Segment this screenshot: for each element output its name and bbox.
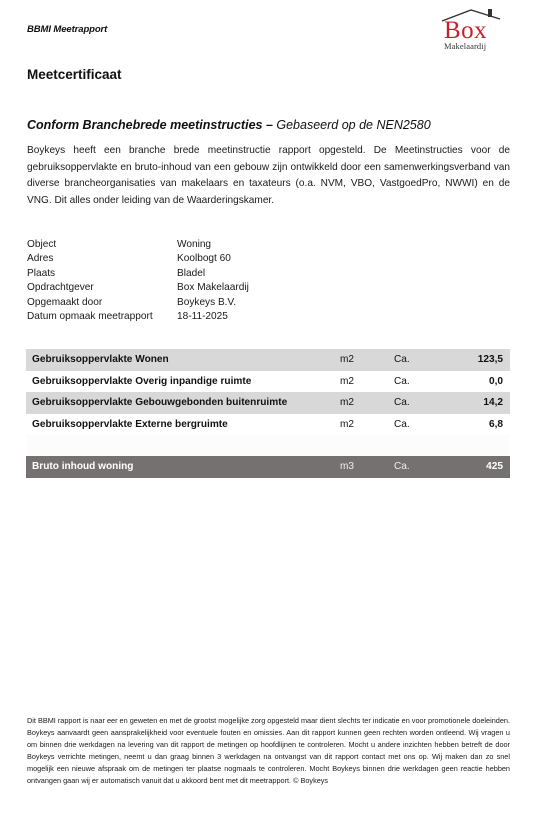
subtitle: Conform Branchebrede meetinstructies – G… bbox=[27, 118, 431, 132]
measure-label: Gebruiksoppervlakte Overig inpandige rui… bbox=[26, 376, 340, 387]
table-spacer bbox=[26, 435, 510, 456]
measure-label: Gebruiksoppervlakte Externe bergruimte bbox=[26, 419, 340, 430]
info-row-city: Plaats Bladel bbox=[27, 267, 249, 281]
info-key: Object bbox=[27, 238, 177, 252]
info-row-address: Adres Koolbogt 60 bbox=[27, 252, 249, 266]
subtitle-bold: Conform Branchebrede meetinstructies – bbox=[27, 118, 273, 132]
info-key: Opgemaakt door bbox=[27, 296, 177, 310]
measure-label: Gebruiksoppervlakte Wonen bbox=[26, 354, 340, 365]
measure-value: 14,2 bbox=[448, 397, 510, 408]
measurement-table: Gebruiksoppervlakte Wonen m2 Ca. 123,5 G… bbox=[26, 349, 510, 478]
page-title: Meetcertificaat bbox=[27, 67, 122, 82]
info-value: Koolbogt 60 bbox=[177, 252, 231, 266]
measure-unit: m2 bbox=[340, 354, 394, 365]
info-key: Plaats bbox=[27, 267, 177, 281]
report-label: BBMI Meetrapport bbox=[27, 24, 107, 35]
info-key: Opdrachtgever bbox=[27, 281, 177, 295]
measure-approx: Ca. bbox=[394, 397, 448, 408]
object-info: Object Woning Adres Koolbogt 60 Plaats B… bbox=[27, 238, 249, 324]
measure-approx: Ca. bbox=[394, 419, 448, 430]
measure-unit: m2 bbox=[340, 419, 394, 430]
measure-approx: Ca. bbox=[394, 376, 448, 387]
measure-unit: m2 bbox=[340, 397, 394, 408]
table-row: Gebruiksoppervlakte Overig inpandige rui… bbox=[26, 371, 510, 393]
disclaimer: Dit BBMI rapport is naar eer en geweten … bbox=[27, 715, 510, 788]
total-volume-row: Bruto inhoud woning m3 Ca. 425 bbox=[26, 456, 510, 478]
info-row-object: Object Woning bbox=[27, 238, 249, 252]
logo-brand: Box bbox=[444, 18, 487, 43]
measure-value: 0,0 bbox=[448, 376, 510, 387]
table-row: Gebruiksoppervlakte Wonen m2 Ca. 123,5 bbox=[26, 349, 510, 371]
info-value: Boykeys B.V. bbox=[177, 296, 236, 310]
subtitle-regular: Gebaseerd op de NEN2580 bbox=[273, 118, 431, 132]
info-value: Bladel bbox=[177, 267, 205, 281]
company-logo: Box Makelaardij bbox=[438, 8, 502, 54]
measure-value: 123,5 bbox=[448, 354, 510, 365]
measure-value: 6,8 bbox=[448, 419, 510, 430]
total-approx: Ca. bbox=[394, 461, 448, 472]
total-unit: m3 bbox=[340, 461, 394, 472]
measure-unit: m2 bbox=[340, 376, 394, 387]
info-row-author: Opgemaakt door Boykeys B.V. bbox=[27, 296, 249, 310]
info-key: Adres bbox=[27, 252, 177, 266]
info-key: Datum opmaak meetrapport bbox=[27, 310, 177, 324]
table-row: Gebruiksoppervlakte Gebouwgebonden buite… bbox=[26, 392, 510, 414]
total-value: 425 bbox=[448, 461, 510, 472]
logo-subtitle: Makelaardij bbox=[444, 41, 486, 51]
report-page: BBMI Meetrapport Box Makelaardij Meetcer… bbox=[0, 0, 533, 824]
measure-label: Gebruiksoppervlakte Gebouwgebonden buite… bbox=[26, 397, 340, 408]
table-row: Gebruiksoppervlakte Externe bergruimte m… bbox=[26, 414, 510, 436]
info-value: 18-11-2025 bbox=[177, 310, 228, 324]
info-value: Box Makelaardij bbox=[177, 281, 249, 295]
info-row-client: Opdrachtgever Box Makelaardij bbox=[27, 281, 249, 295]
measure-approx: Ca. bbox=[394, 354, 448, 365]
total-label: Bruto inhoud woning bbox=[26, 461, 340, 472]
intro-paragraph: Boykeys heeft een branche brede meetinst… bbox=[27, 143, 510, 210]
info-row-date: Datum opmaak meetrapport 18-11-2025 bbox=[27, 310, 249, 324]
info-value: Woning bbox=[177, 238, 211, 252]
